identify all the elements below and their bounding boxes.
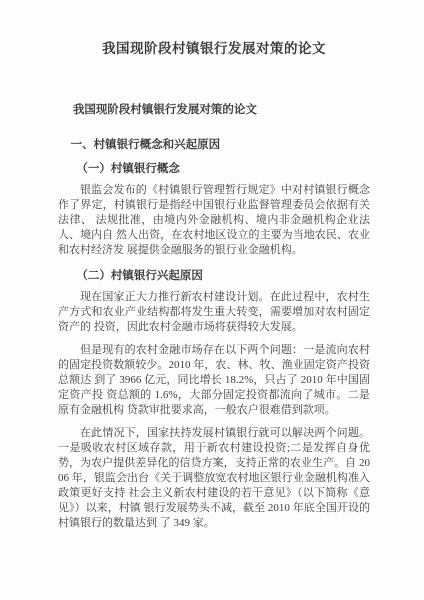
paragraph-rise-reason-2: 但是现有的农村金融市场存在以下两个问题：一是流向农村的固定投资数额较少。2010… bbox=[58, 343, 370, 418]
subsection-heading-1: （一）村镇银行概念 bbox=[58, 162, 370, 177]
paragraph-rise-reason-1: 现在国家正大力推行新农村建设计划。在此过程中，农村生产方式和农业产业结构都将发生… bbox=[58, 290, 370, 335]
document-subtitle: 我国现阶段村镇银行发展对策的论文 bbox=[58, 103, 370, 118]
document-page: 我国现阶段村镇银行发展对策的论文 我国现阶段村镇银行发展对策的论文 一、村镇银行… bbox=[0, 0, 424, 600]
subsection-heading-2: （二）村镇银行兴起原因 bbox=[58, 269, 370, 284]
paragraph-concept: 银监会发布的《村镇银行管理暂行规定》中对村镇银行概念作了界定，村镇银行是指经中国… bbox=[58, 183, 370, 258]
document-title: 我国现阶段村镇银行发展对策的论文 bbox=[58, 40, 370, 58]
section-heading-1: 一、村镇银行概念和兴起原因 bbox=[58, 138, 370, 153]
paragraph-rise-reason-3: 在此情况下，国家扶持发展村镇银行就可以解决两个问题。一是吸收农村区域存款，用于新… bbox=[58, 426, 370, 531]
document-content: 我国现阶段村镇银行发展对策的论文 我国现阶段村镇银行发展对策的论文 一、村镇银行… bbox=[0, 0, 424, 600]
